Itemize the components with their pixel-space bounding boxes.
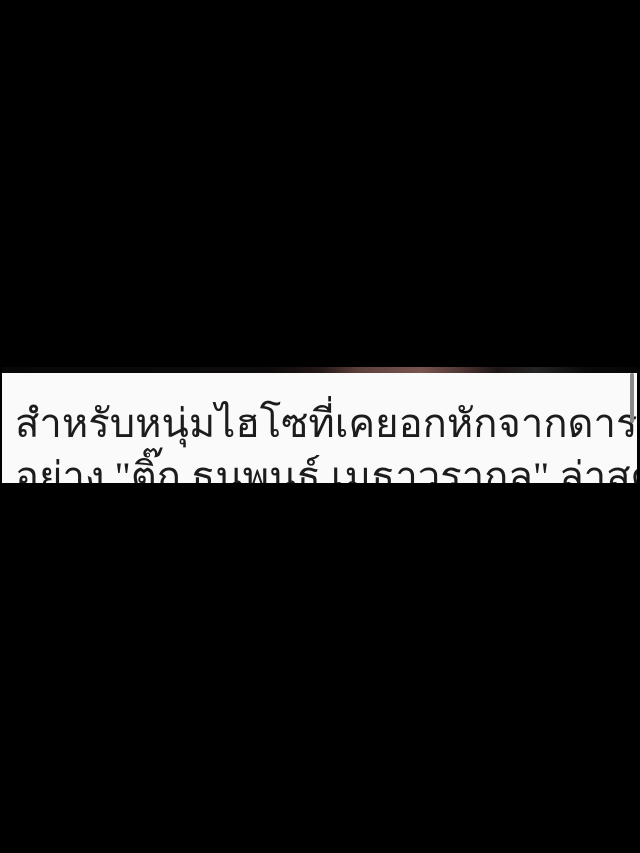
- article-line-1: สำหรับหนุ่มไฮโซที่เคยอกหักจากดาราสาวมาสั…: [15, 397, 629, 450]
- article-card: สำหรับหนุ่มไฮโซที่เคยอกหักจากดาราสาวมาสั…: [2, 373, 637, 483]
- article-paragraph: สำหรับหนุ่มไฮโซที่เคยอกหักจากดาราสาวมาสั…: [2, 373, 637, 483]
- article-line-2-clipped: อย่าง "ติ๊ก ธนพนธ์ เมธาวรากุล" ล่าสุด เม…: [15, 450, 629, 483]
- scrollbar-thumb[interactable]: [630, 373, 634, 423]
- screen-background: สำหรับหนุ่มไฮโซที่เคยอกหักจากดาราสาวมาสั…: [0, 0, 640, 853]
